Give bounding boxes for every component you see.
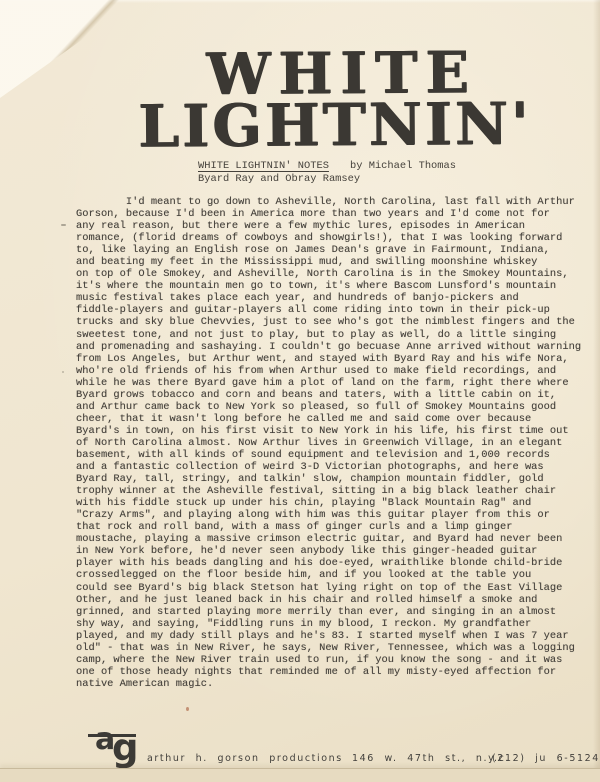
- paper-stain-speck: [186, 707, 189, 711]
- body-text: I'd meant to go down to Asheville, North…: [76, 196, 581, 690]
- subheading: Byard Ray and Obray Ramsey: [198, 173, 360, 185]
- notes-heading: WHITE LIGHTNIN' NOTES: [198, 160, 329, 172]
- title-line-2: LIGHTNIN': [120, 98, 550, 151]
- logo-letter-g: g: [112, 726, 139, 769]
- paper-mark-dot: [62, 371, 64, 373]
- page-title: WHITE LIGHTNIN': [120, 47, 551, 152]
- byline: by Michael Thomas: [350, 160, 456, 172]
- footer-address: 146 w. 47th st., n.y.c.: [352, 753, 510, 764]
- footer-phone: (212) ju 6-5124: [492, 753, 600, 764]
- footer-company: arthur h. gorson productions: [147, 753, 343, 764]
- paper-mark-dash: [61, 224, 66, 226]
- page-right-edge: [593, 0, 600, 782]
- scanned-page: WHITE LIGHTNIN' WHITE LIGHTNIN' NOTES by…: [0, 0, 600, 782]
- page-corner-crease: [0, 0, 138, 98]
- notes-heading-line: WHITE LIGHTNIN' NOTES: [198, 160, 329, 172]
- page-bottom-edge: [0, 768, 600, 782]
